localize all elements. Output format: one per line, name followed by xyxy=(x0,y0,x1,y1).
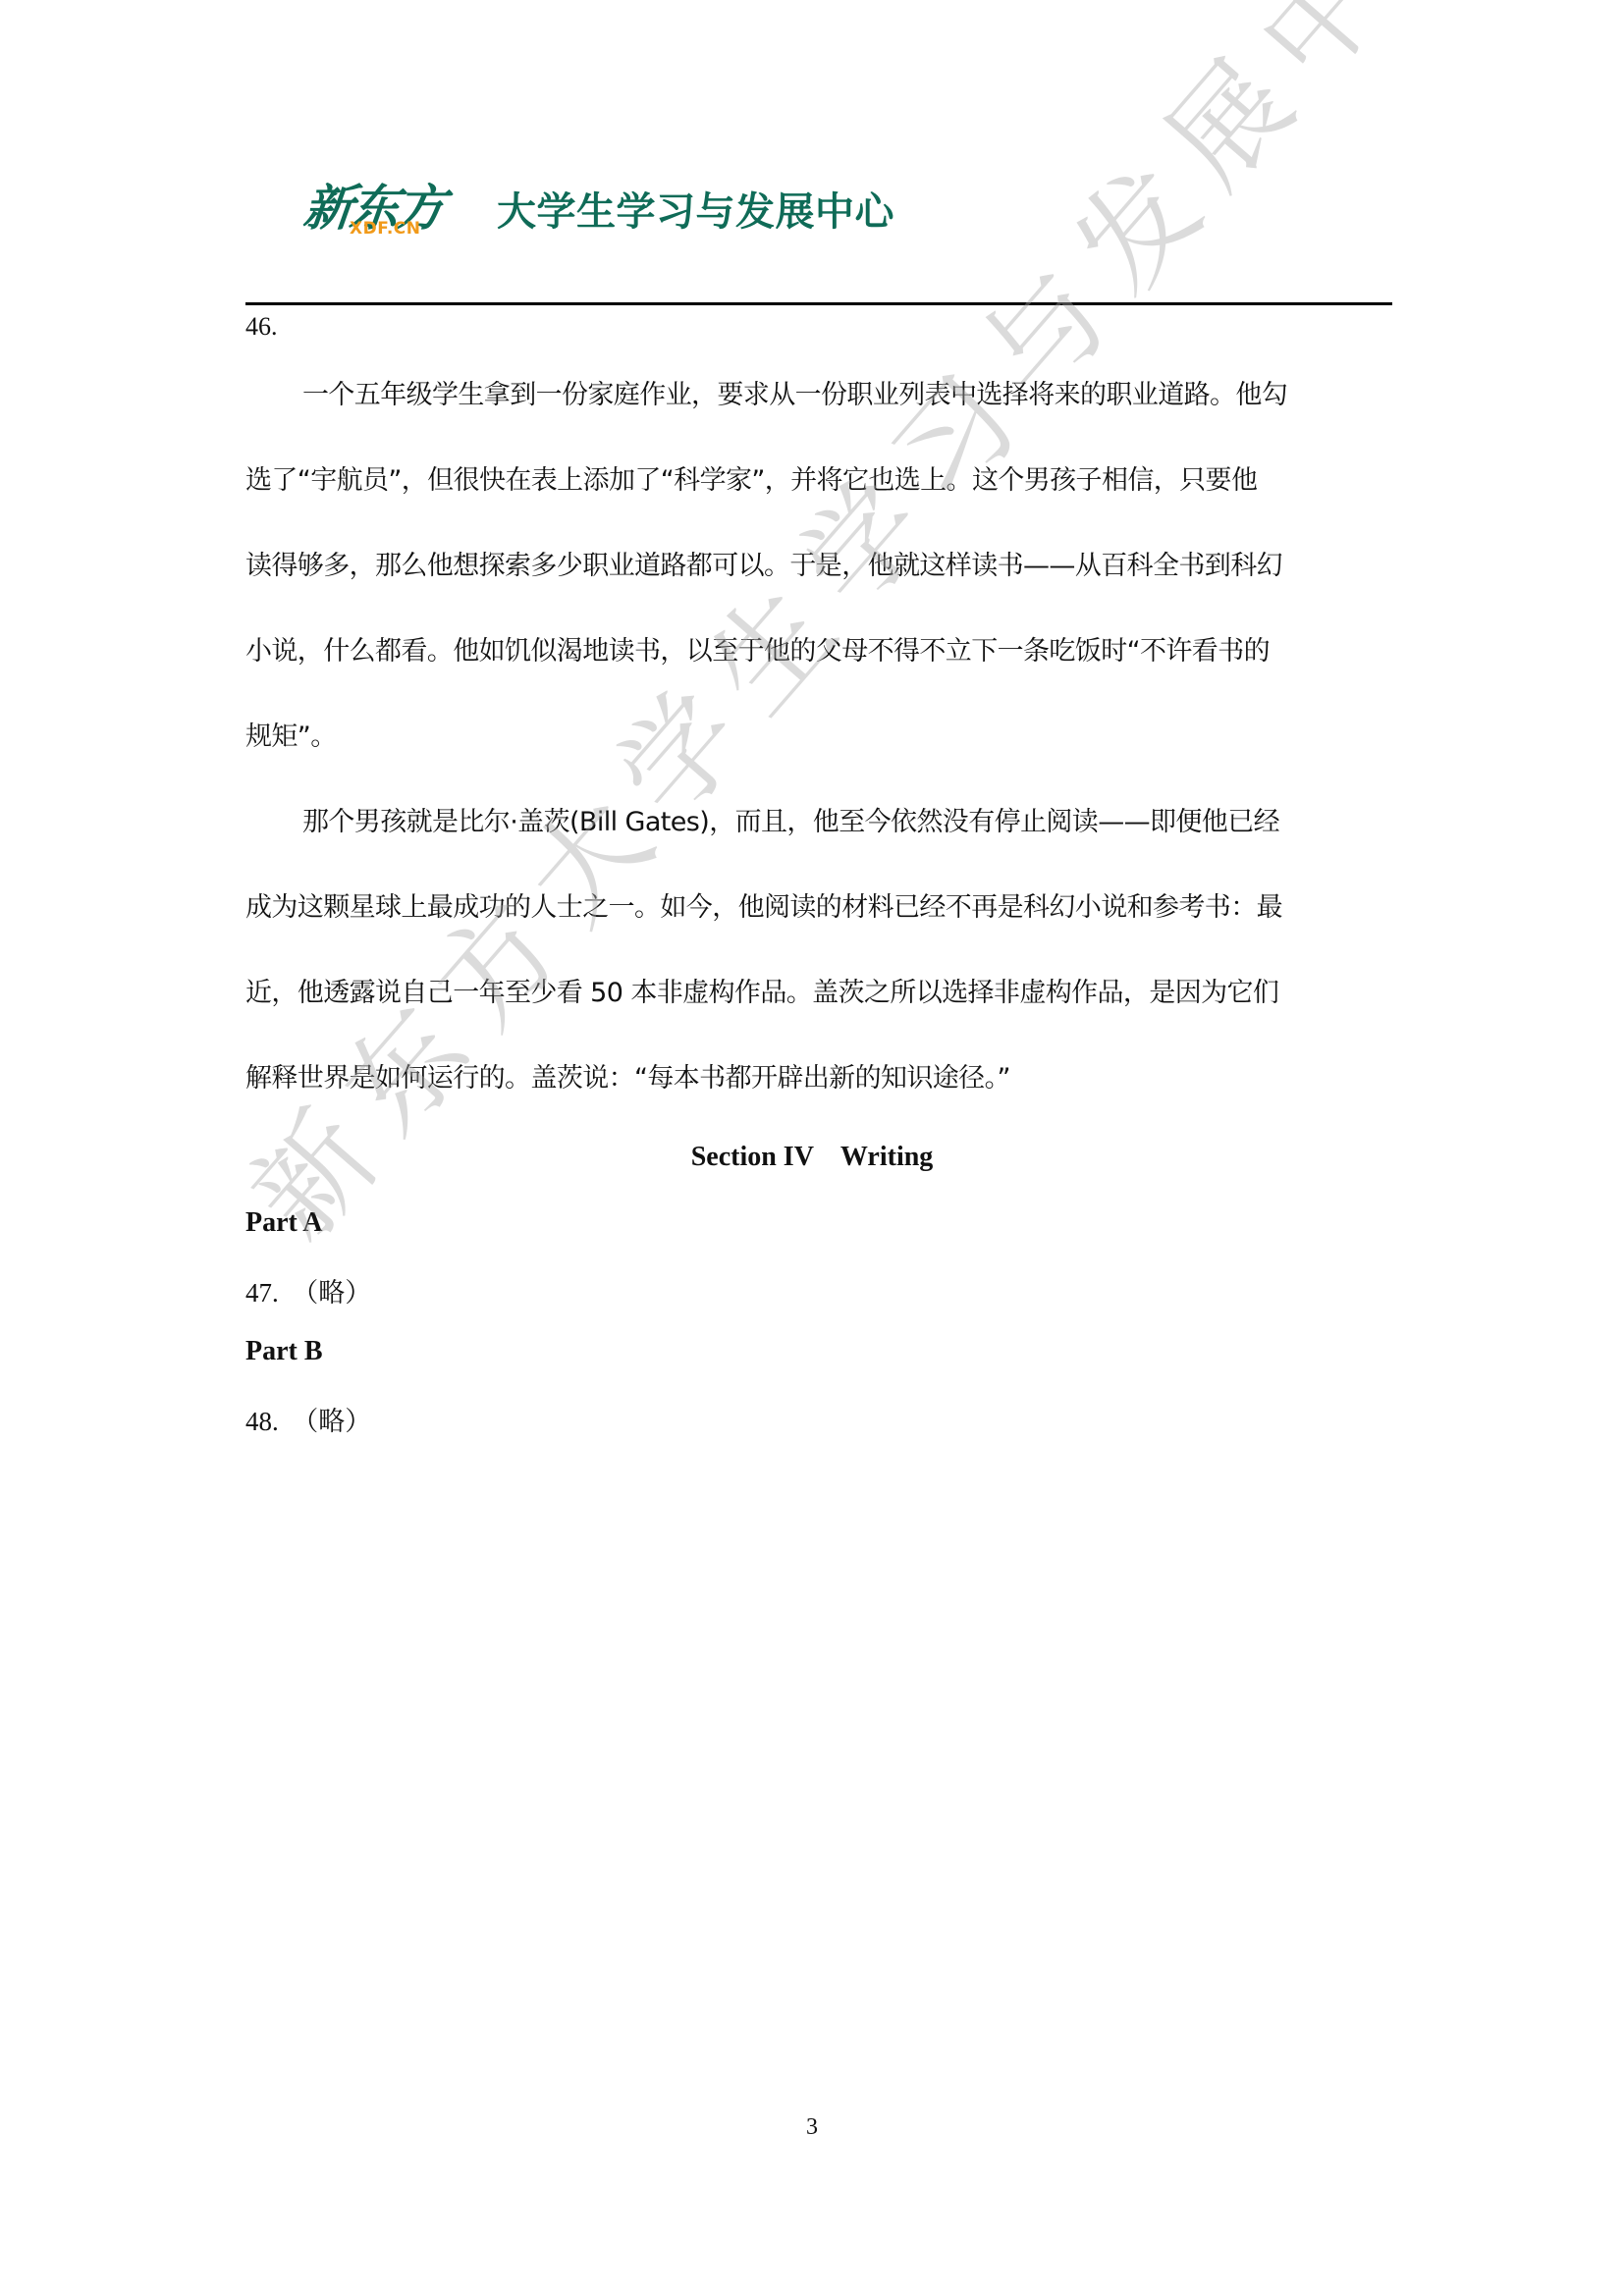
paragraph-line: 读得够多，那么他想探索多少职业道路都可以。于是，他就这样读书——从百科全书到科幻 xyxy=(245,523,1390,609)
part-b-heading: Part B xyxy=(245,1336,323,1367)
paragraph-1: 一个五年级学生拿到一份家庭作业，要求从一份职业列表中选择将来的职业道路。他勾 选… xyxy=(245,352,1390,779)
item-47: 47. （略） xyxy=(245,1271,371,1309)
part-a-heading: Part A xyxy=(245,1207,323,1239)
header-divider xyxy=(245,302,1392,305)
section-title: Section IV Writing xyxy=(0,1142,1624,1173)
document-page: 新东方 XDF.CN 大学生学习与发展中心 46. 一个五年级学生拿到一份家庭作… xyxy=(0,0,1624,2296)
paragraph-line: 解释世界是如何运行的。盖茨说：“每本书都开辟出新的知识途径。” xyxy=(245,1036,1390,1121)
paragraph-line: 那个男孩就是比尔·盖茨(Bill Gates)，而且，他至今依然没有停止阅读——… xyxy=(245,779,1390,865)
paragraph-2: 那个男孩就是比尔·盖茨(Bill Gates)，而且，他至今依然没有停止阅读——… xyxy=(245,779,1390,1121)
page-number: 3 xyxy=(0,2114,1624,2141)
paragraph-line: 成为这颗星球上最成功的人士之一。如今，他阅读的材料已经不再是科幻小说和参考书：最 xyxy=(245,865,1390,950)
paragraph-line: 规矩”。 xyxy=(245,694,1390,779)
paragraph-line: 选了“宇航员”，但很快在表上添加了“科学家”，并将它也选上。这个男孩子相信，只要… xyxy=(245,438,1390,523)
paragraph-line: 小说，什么都看。他如饥似渴地读书，以至于他的父母不得不立下一条吃饭时“不许看书的 xyxy=(245,609,1390,694)
center-name: 大学生学习与发展中心 xyxy=(497,181,894,237)
item-48: 48. （略） xyxy=(245,1400,371,1438)
logo-brand-domain: XDF.CN xyxy=(350,219,421,239)
xdf-brand-logo: 新东方 XDF.CN xyxy=(304,175,471,245)
paragraph-line: 近，他透露说自己一年至少看 50 本非虚构作品。盖茨之所以选择非虚构作品，是因为… xyxy=(245,950,1390,1036)
paragraph-line: 一个五年级学生拿到一份家庭作业，要求从一份职业列表中选择将来的职业道路。他勾 xyxy=(245,352,1390,438)
question-number-46: 46. xyxy=(245,312,278,342)
